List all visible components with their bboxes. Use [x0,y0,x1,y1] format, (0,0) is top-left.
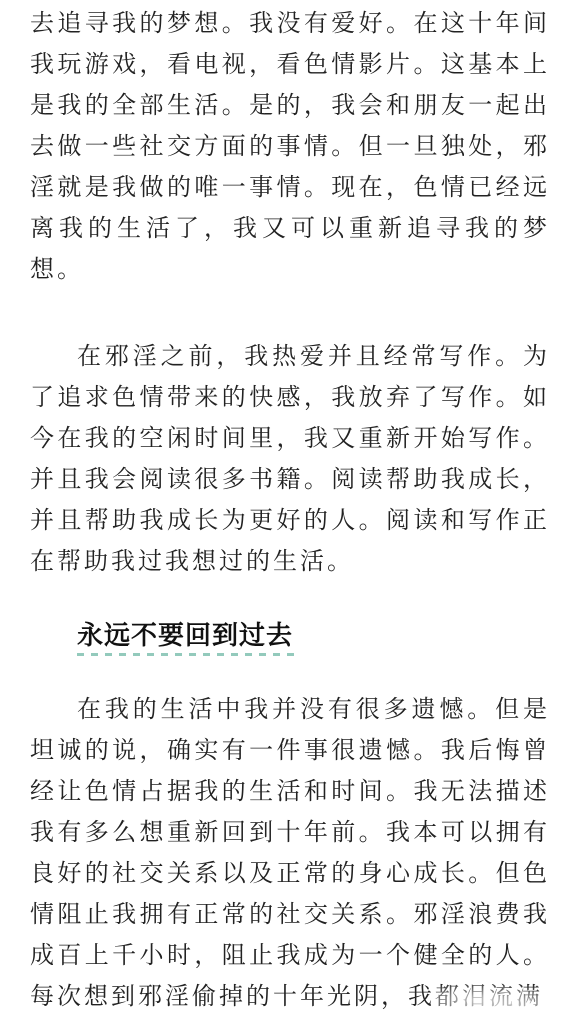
article-paragraph: 在我的生活中我并没有很多遗憾。但是坦诚的说，确实有一件事很遗憾。我后悔曾经让色情… [30,689,550,1017]
article-paragraph-continuation: 去追寻我的梦想。我没有爱好。在这十年间我玩游戏，看电视，看色情影片。这基本上是我… [30,3,550,290]
section-heading: 永远不要回到过去 [77,619,550,656]
section-heading-text: 永远不要回到过去 [77,619,293,656]
article-paragraph: 在邪淫之前，我热爱并且经常写作。为了追求色情带来的快感，我放弃了写作。如今在我的… [30,336,550,582]
article-page: 去追寻我的梦想。我没有爱好。在这十年间我玩游戏，看电视，看色情影片。这基本上是我… [0,0,580,1023]
